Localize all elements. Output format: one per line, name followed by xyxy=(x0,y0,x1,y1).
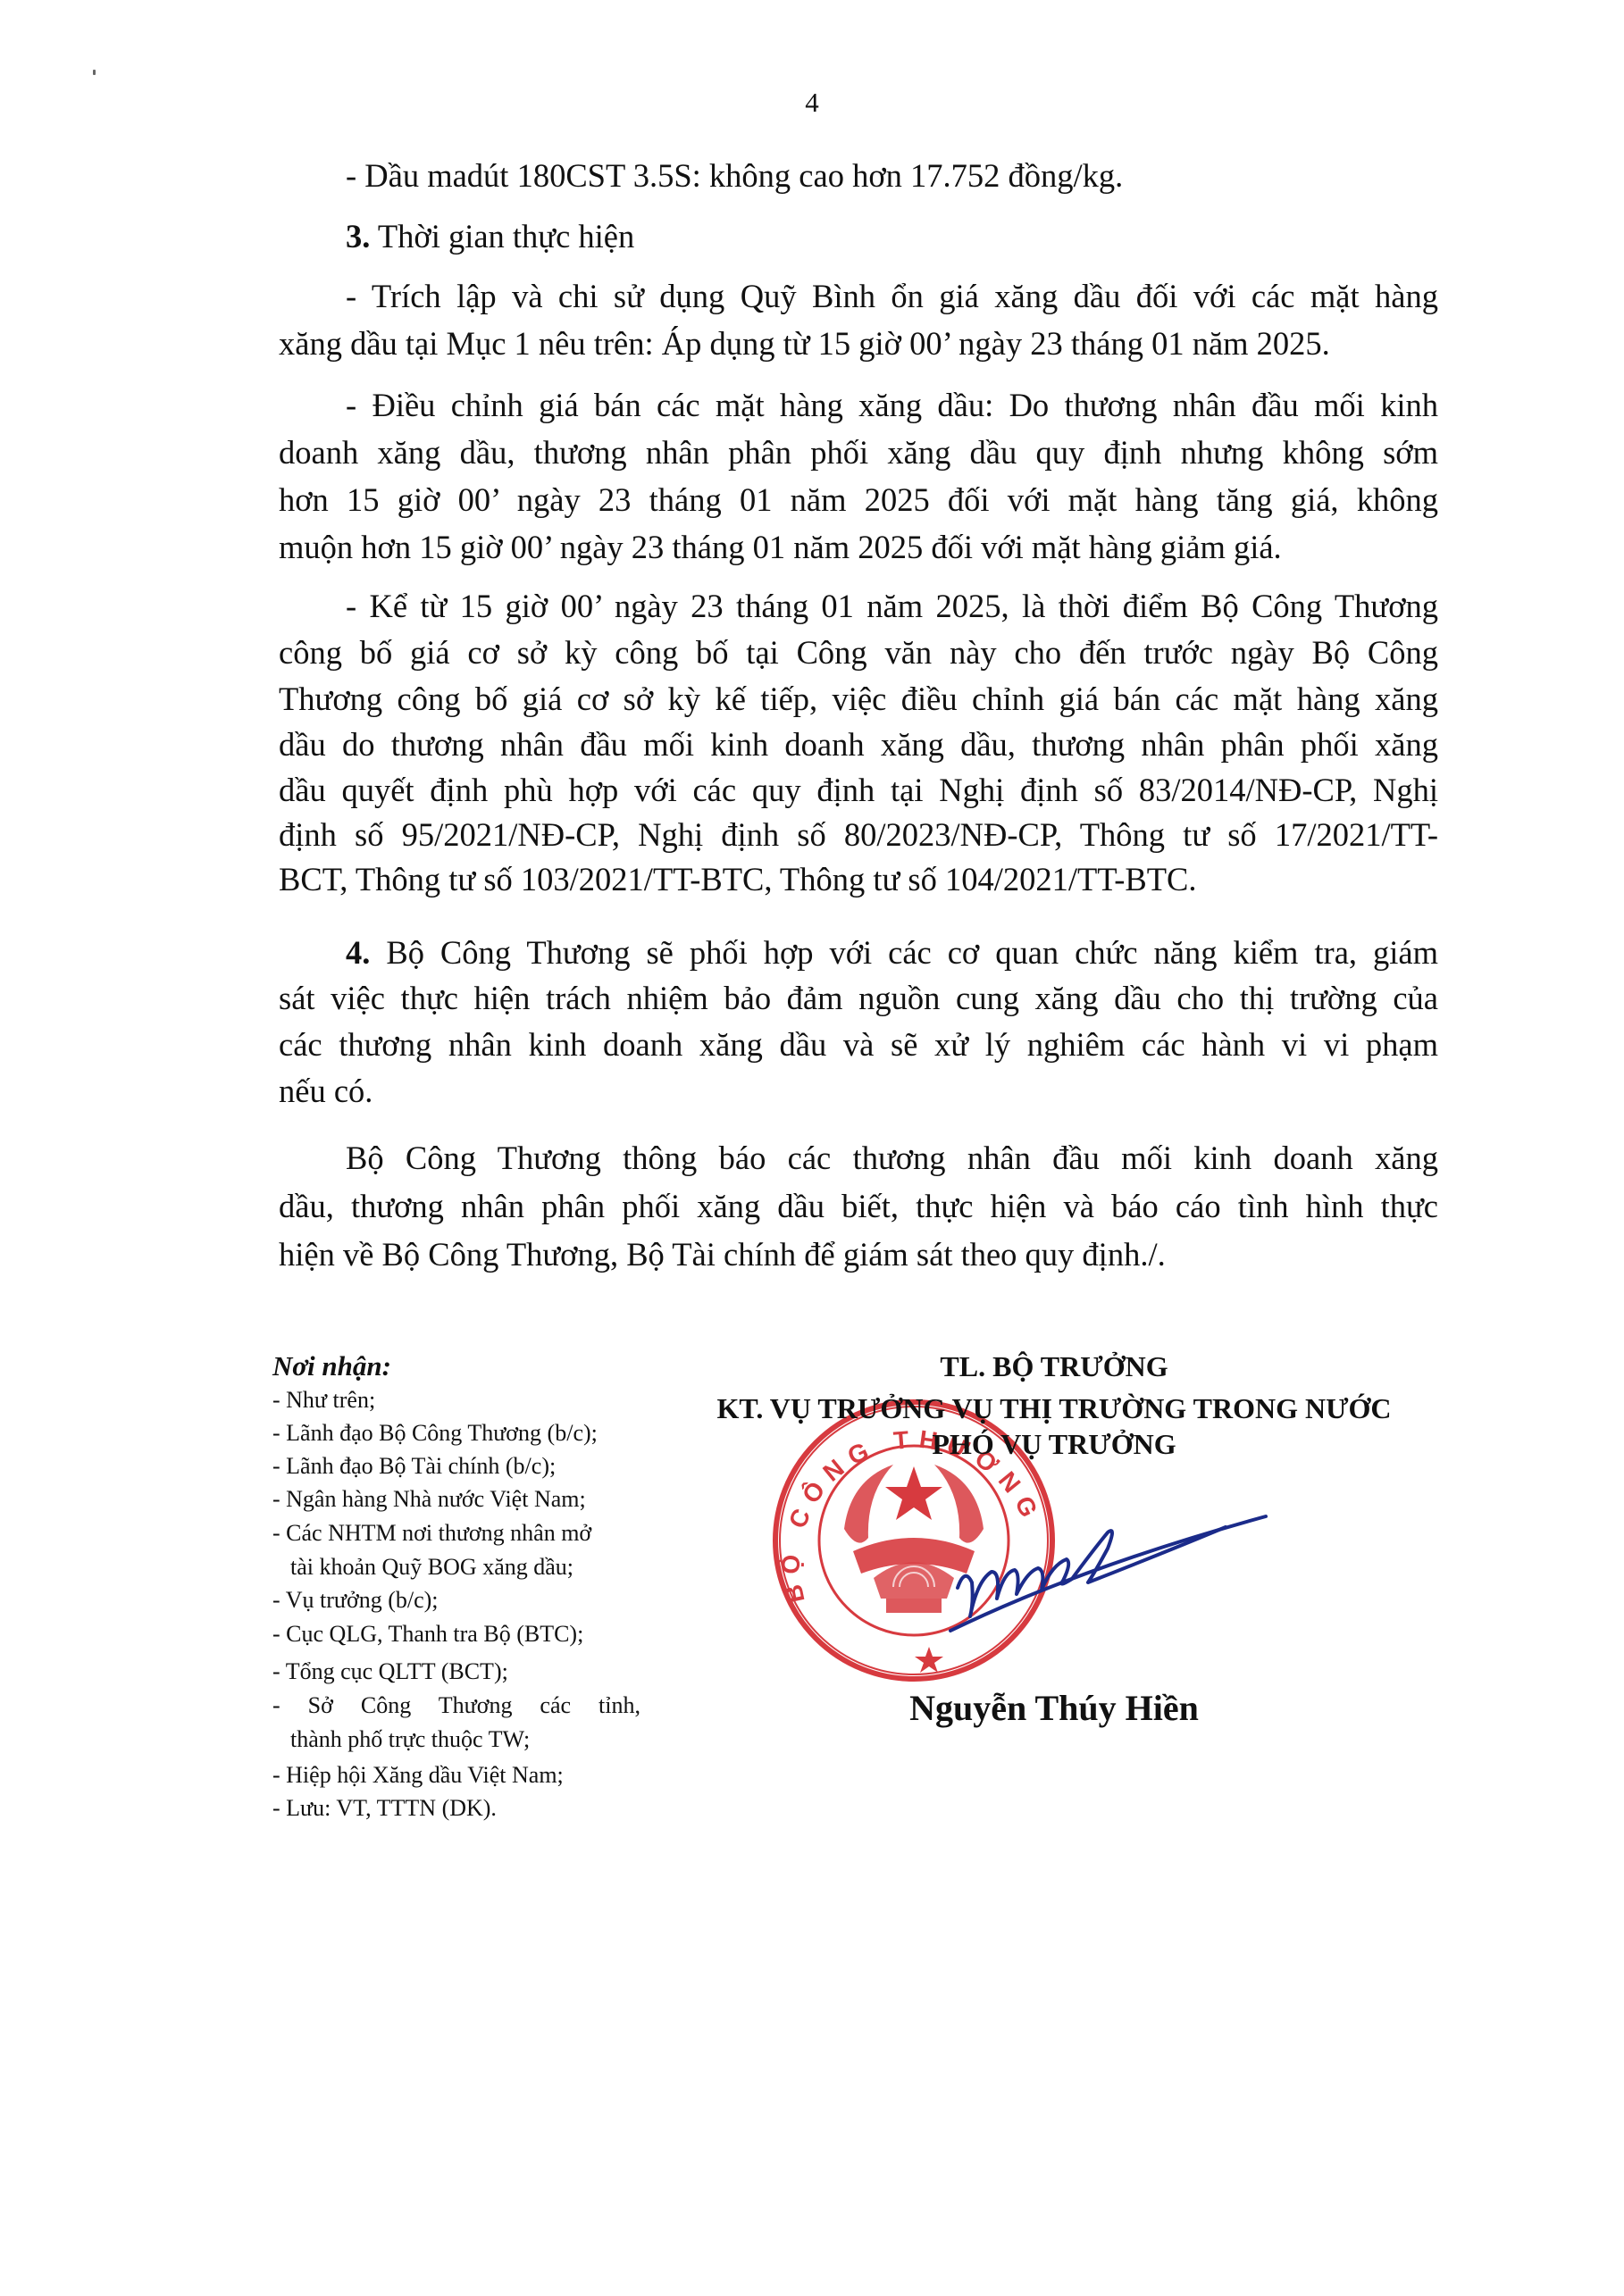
body-line: - Kể từ 15 giờ 00’ ngày 23 tháng 01 năm … xyxy=(346,583,1438,630)
recipient-item: - Lưu: VT, TTTN (DK). xyxy=(272,1791,640,1825)
recipient-item: - Cục QLG, Thanh tra Bộ (BTC); xyxy=(272,1617,640,1651)
body-line: hơn 15 giờ 00’ ngày 23 tháng 01 năm 2025… xyxy=(279,477,1438,523)
body-line: - Điều chỉnh giá bán các mặt hàng xăng d… xyxy=(346,382,1438,429)
body-line: các thương nhân kinh doanh xăng dầu và s… xyxy=(279,1022,1438,1068)
body-line: - Trích lập và chi sử dụng Quỹ Bình ổn g… xyxy=(346,273,1438,320)
handwritten-signature-icon xyxy=(938,1482,1295,1643)
signature-title-line3: PHÓ VỤ TRƯỞNG xyxy=(652,1426,1456,1462)
signature-title-line1: TL. BỘ TRƯỞNG xyxy=(652,1348,1456,1384)
body-line: công bố giá cơ sở kỳ công bố tại Công vă… xyxy=(279,630,1438,676)
body-line: Thương công bố giá cơ sở kỳ kế tiếp, việ… xyxy=(279,676,1438,722)
body-line: hiện về Bộ Công Thương, Bộ Tài chính để … xyxy=(279,1231,1438,1278)
body-line: doanh xăng dầu, thương nhân phân phối xă… xyxy=(279,430,1438,476)
body-line: định số 95/2021/NĐ-CP, Nghị định số 80/2… xyxy=(279,812,1438,858)
recipient-item: - Ngân hàng Nhà nước Việt Nam; xyxy=(272,1482,640,1516)
body-line: dầu quyết định phù hợp với các quy định … xyxy=(279,767,1438,814)
recipient-item: - Các NHTM nơi thương nhân mở xyxy=(272,1516,640,1550)
recipient-item: - Lãnh đạo Bộ Tài chính (b/c); xyxy=(272,1449,640,1483)
section-4-line: 4. Bộ Công Thương sẽ phối hợp với các cơ… xyxy=(346,930,1438,976)
signer-name: Nguyễn Thúy Hiền xyxy=(652,1686,1456,1731)
document-page: 4 - Dầu madút 180CST 3.5S: không cao hơn… xyxy=(0,0,1624,2296)
body-line: muộn hơn 15 giờ 00’ ngày 23 tháng 01 năm… xyxy=(279,524,1438,571)
recipient-item: - Sở Công Thương các tỉnh, xyxy=(272,1689,640,1723)
body-line: dầu do thương nhân đầu mối kinh doanh xă… xyxy=(279,722,1438,768)
scan-speck xyxy=(93,70,96,75)
recipient-item: - Tổng cục QLTT (BCT); xyxy=(272,1655,640,1689)
body-line: xăng dầu tại Mục 1 nêu trên: Áp dụng từ … xyxy=(279,321,1438,367)
body-line: dầu, thương nhân phân phối xăng dầu biết… xyxy=(279,1183,1438,1230)
body-line: sát việc thực hiện trách nhiệm bảo đảm n… xyxy=(279,975,1438,1022)
section-number: 4. xyxy=(346,934,370,971)
body-line: BCT, Thông tư số 103/2021/TT-BTC, Thông … xyxy=(279,856,1438,903)
recipient-item: - Như trên; xyxy=(272,1383,640,1417)
page-number: 4 xyxy=(0,86,1624,120)
body-line-fuel-oil-price: - Dầu madút 180CST 3.5S: không cao hơn 1… xyxy=(346,153,1438,199)
body-line: Bộ Công Thương thông báo các thương nhân… xyxy=(346,1135,1438,1181)
recipient-item: - Vụ trưởng (b/c); xyxy=(272,1583,640,1617)
section-title: Thời gian thực hiện xyxy=(370,218,634,255)
body-text: Bộ Công Thương sẽ phối hợp với các cơ qu… xyxy=(370,934,1438,971)
recipients-title: Nơi nhận: xyxy=(272,1348,391,1384)
recipient-item-continued: thành phố trực thuộc TW; xyxy=(290,1723,640,1757)
section-number: 3. xyxy=(346,218,370,255)
signature-title-line2: KT. VỤ TRƯỞNG VỤ THỊ TRƯỜNG TRONG NƯỚC xyxy=(652,1390,1456,1426)
recipient-item: - Lãnh đạo Bộ Công Thương (b/c); xyxy=(272,1416,640,1450)
body-line: nếu có. xyxy=(279,1068,1438,1115)
recipient-item: - Hiệp hội Xăng dầu Việt Nam; xyxy=(272,1758,640,1792)
recipient-item-continued: tài khoản Quỹ BOG xăng dầu; xyxy=(290,1550,640,1584)
section-heading-3: 3. Thời gian thực hiện xyxy=(346,213,1438,260)
